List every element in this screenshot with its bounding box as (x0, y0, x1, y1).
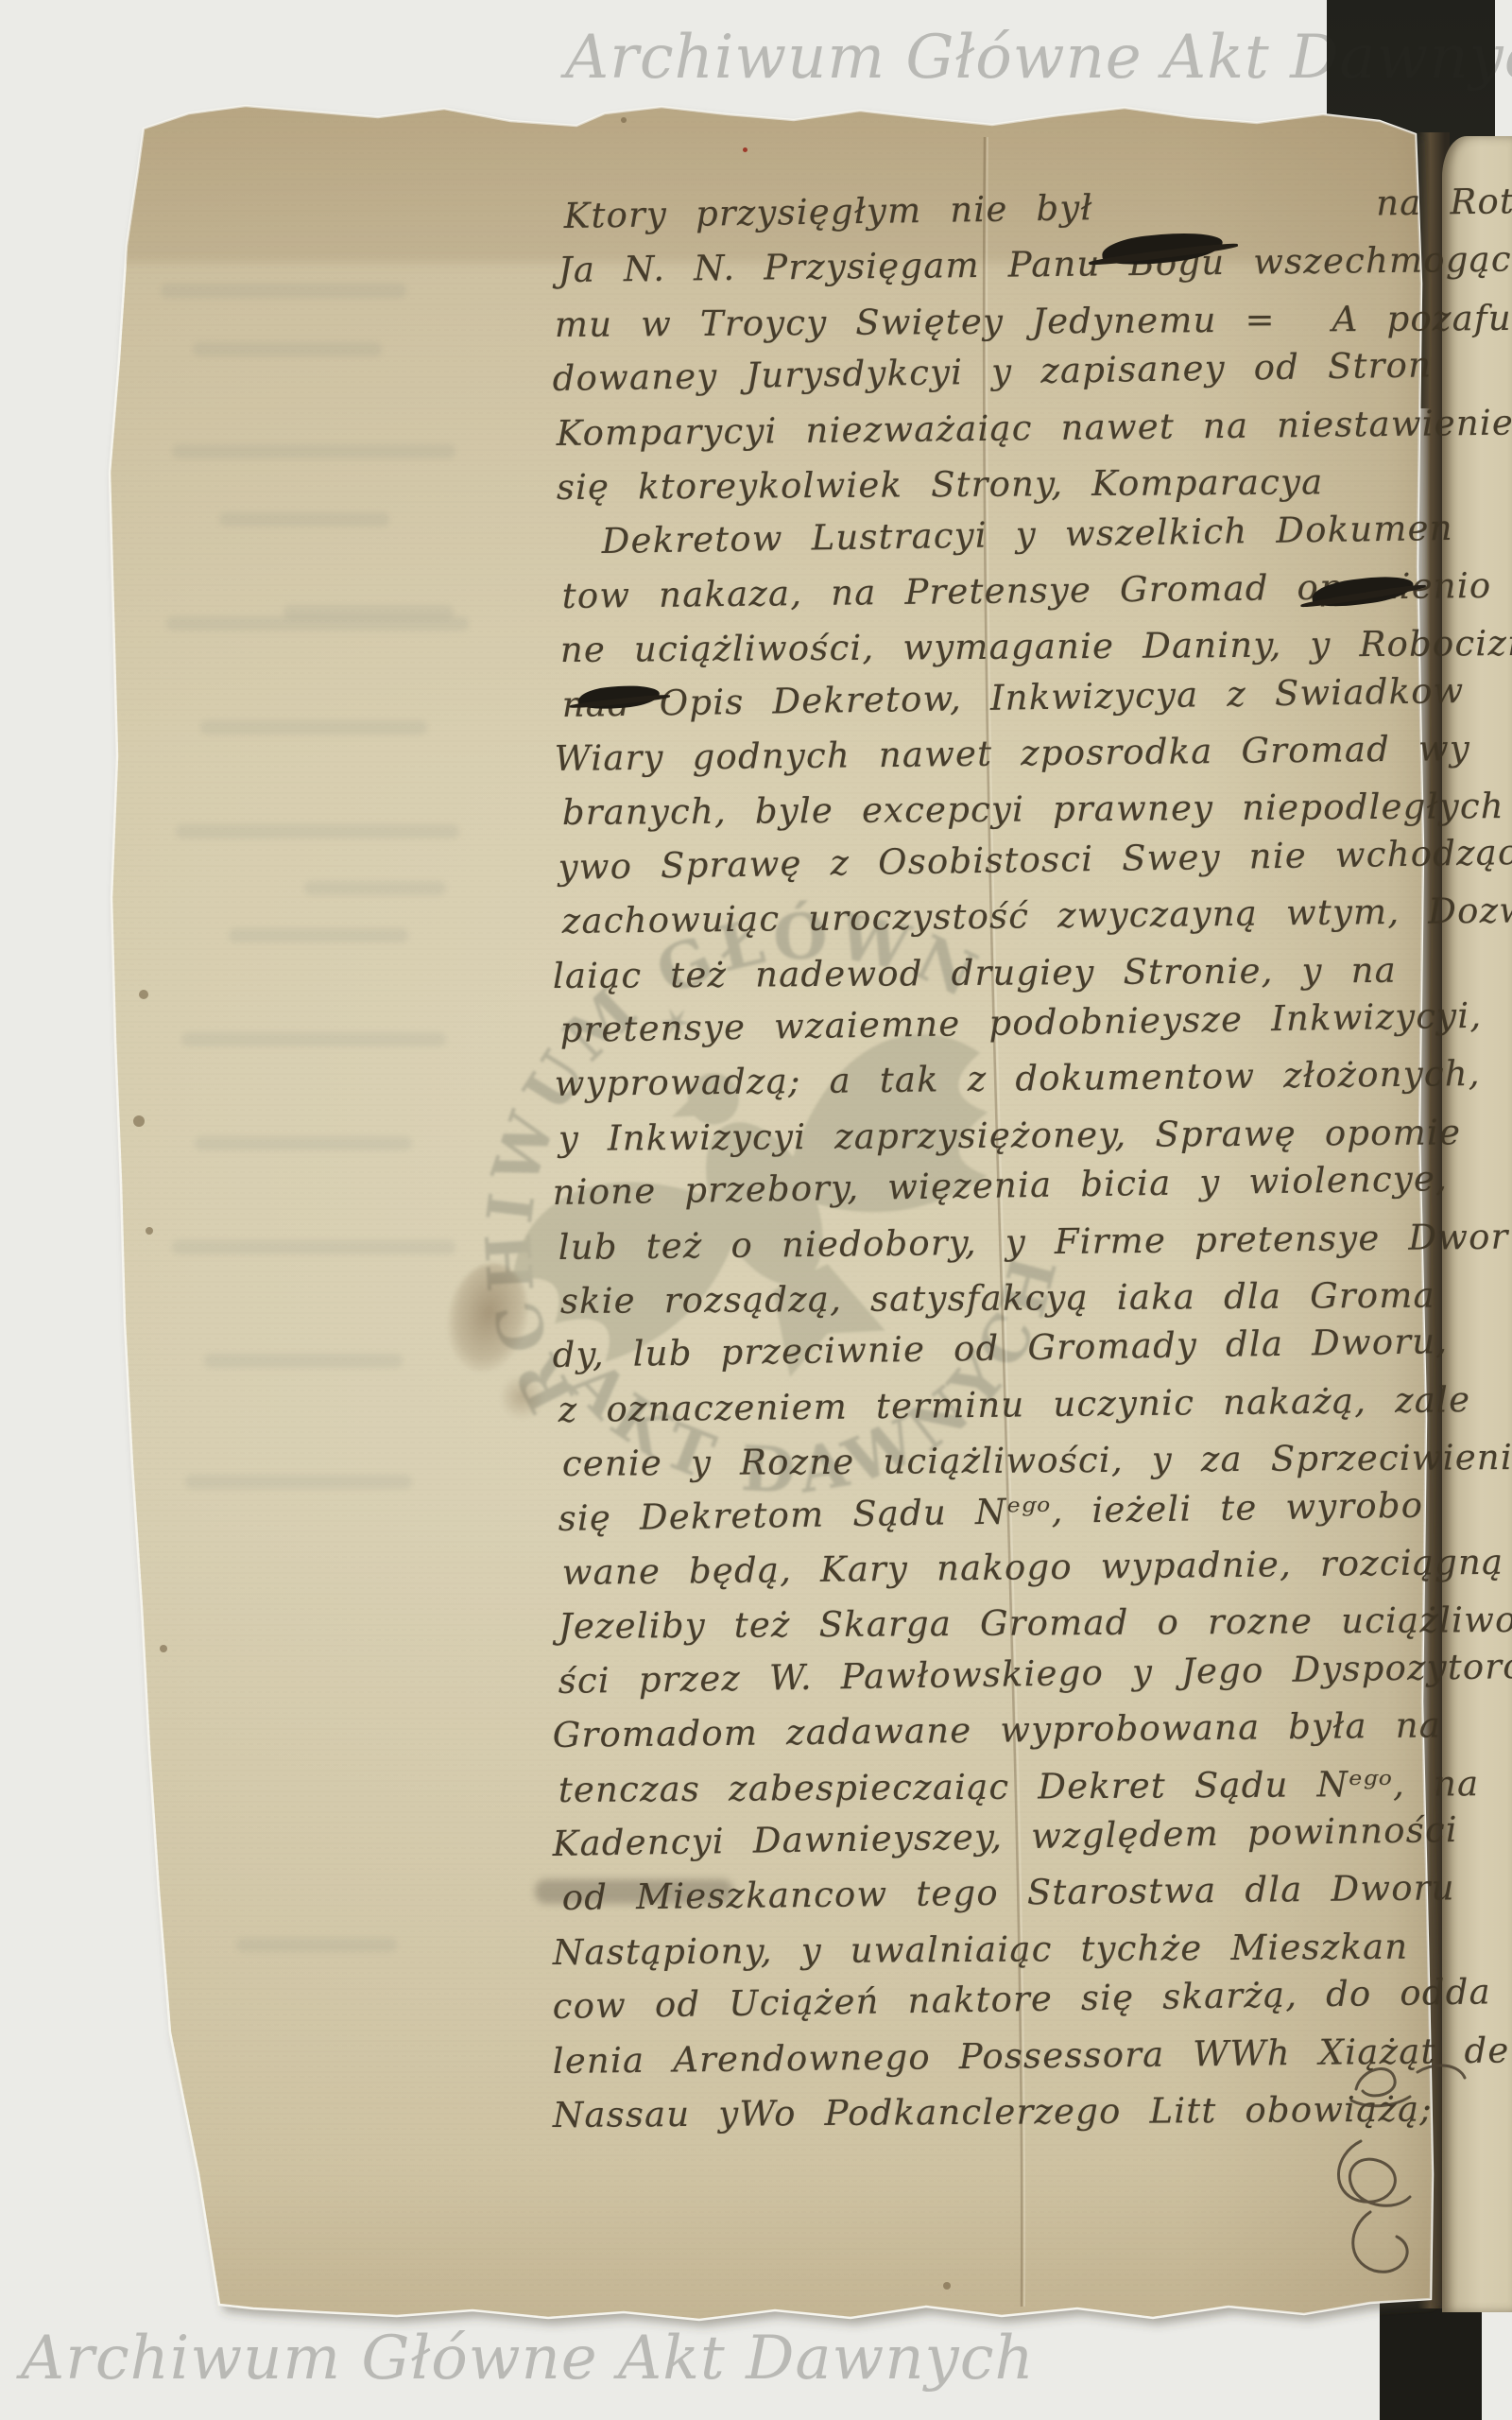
manuscript-line: lub też o niedobory, y Firme pretensye D… (558, 1219, 1509, 1265)
bleedthrough-stroke (161, 284, 406, 298)
manuscript-line: skie rozsądzą, satysfakcyą iaka dla Grom… (560, 1278, 1435, 1319)
bleedthrough-stroke (229, 928, 408, 942)
red-speck (743, 147, 747, 152)
manuscript-line: mu w Troycy Swiętey Jedynemu = A pozafun (555, 301, 1512, 342)
bleedthrough-stroke (219, 512, 389, 527)
manuscript-line: Nassau yWo Podkanclerzego Litt obowiążą; (553, 2092, 1433, 2133)
manuscript-line: cenie y Rozne uciążliwości, y za Sprzeci… (562, 1440, 1512, 1481)
ink-stain-small (501, 1373, 542, 1422)
signature-flourish (1304, 2051, 1493, 2316)
manuscript-line: Gromadom zadawane wyprobowana była na (553, 1707, 1442, 1753)
bleedthrough-stroke (172, 444, 455, 458)
manuscript-line: tenczas zabespieczaiąc Dekret Sądu Nᵉᵍᵒ,… (558, 1766, 1480, 1807)
bleedthrough-stroke (193, 342, 382, 356)
manuscript-line: Nastąpiony, y uwalniaiąc tychże Mieszkan (553, 1929, 1409, 1970)
manuscript-line: Ja N. N. Przysięgam Panu Bogu wszechmogą… (558, 241, 1512, 287)
bleedthrough-stroke (185, 1475, 412, 1489)
manuscript-line: się ktoreykolwiek Strony, Komparacya (557, 464, 1324, 505)
manuscript-line: branych, byle excepcyi prawney niepodleg… (562, 788, 1504, 830)
manuscript-line: Komparycyi niezważaiąc nawet na niestawi… (557, 406, 1512, 451)
manuscript-line: z oznaczeniem terminu uczynic nakażą, za… (558, 1382, 1471, 1427)
bleedthrough-stroke (181, 1032, 446, 1046)
manuscript-line: wyprowadzą; a tak z dokumentow złożonych… (555, 1056, 1481, 1101)
bleedthrough-stroke (195, 1136, 412, 1150)
manuscript-line: Wiary godnych nawet zposrodka Gromad wy (555, 731, 1471, 776)
bleedthrough-stroke (204, 1354, 403, 1368)
manuscript-line: wane będą, Kary nakogo wypadnie, rozciąg… (562, 1545, 1504, 1590)
manuscript-line: laiąc też nadewod drugiey Stronie, y na (553, 953, 1397, 994)
bleedthrough-stroke (176, 824, 459, 838)
bleedthrough-stroke (283, 605, 454, 619)
bleedthrough-stroke (200, 720, 427, 735)
manuscript-line: Jezeliby też Skarga Gromad o rozne uciąż… (558, 1602, 1512, 1644)
manuscript-line: od Mieszkancow tego Starostwa dla Dworu (562, 1870, 1455, 1915)
bleedthrough-stroke (236, 1938, 397, 1952)
manuscript-line: zachowuiąc uroczystość zwyczayną wtym, D… (562, 892, 1512, 939)
bleedthrough-stroke (172, 1240, 455, 1254)
manuscript-line: ne uciążliwości, wymaganie Daniny, y Rob… (560, 626, 1512, 667)
manuscript-line: y Inkwizycyi zaprzysiężoney, Sprawę opom… (558, 1115, 1462, 1156)
archive-scan-stage: Archiwum Główne Akt Dawnych Archiwum Głó… (0, 0, 1512, 2420)
bleedthrough-stroke (304, 881, 446, 895)
